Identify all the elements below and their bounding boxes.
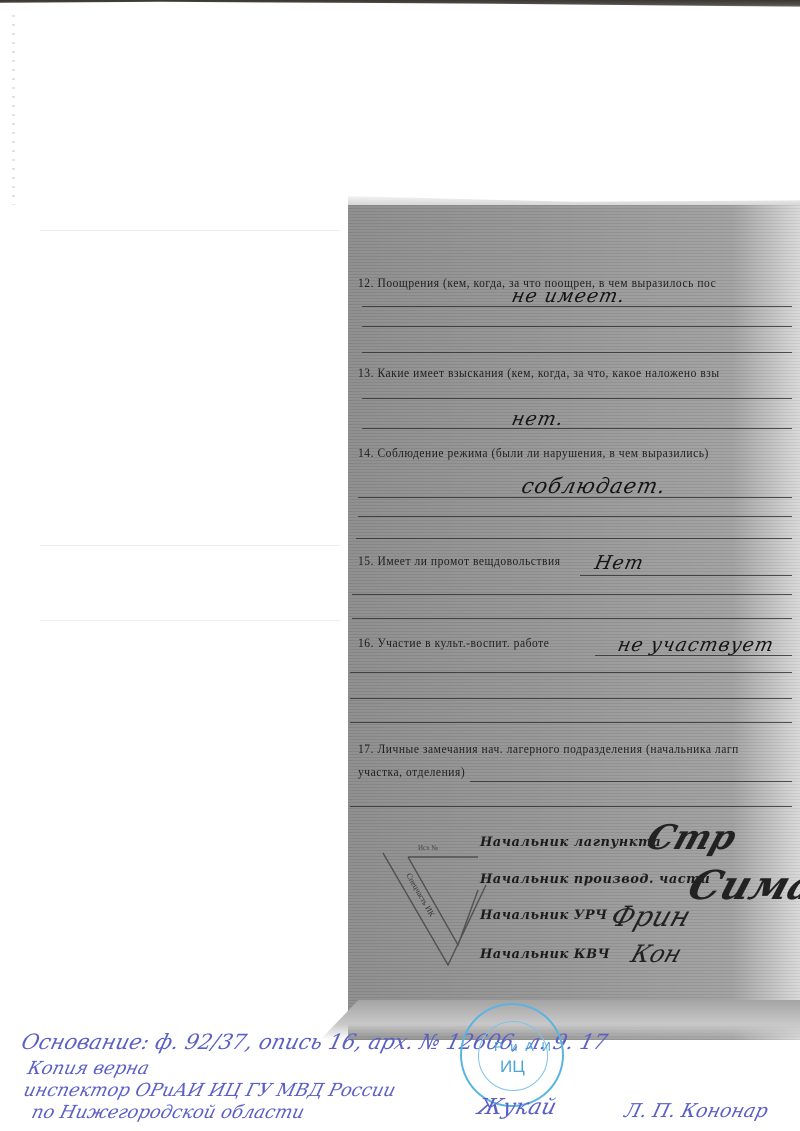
signature-production-chief: Симак bbox=[682, 862, 800, 909]
signature-role-production-chief: Начальник производ. части bbox=[480, 872, 710, 887]
form-item-16-answer: не участвует bbox=[616, 634, 777, 656]
form-item-13-answer: нет. bbox=[510, 408, 567, 430]
certification-inspector-title: инспектор ОРиАИ ИЦ ГУ МВД России bbox=[21, 1080, 398, 1101]
form-rule bbox=[362, 352, 792, 353]
form-rule bbox=[362, 398, 792, 399]
form-rule bbox=[362, 428, 792, 429]
inspector-name: Л. П. Кононар bbox=[622, 1100, 770, 1122]
form-item-12-answer: не имеет. bbox=[510, 285, 628, 307]
scan-top-edge bbox=[0, 0, 800, 9]
scan-left-specks bbox=[12, 15, 15, 205]
form-rule bbox=[352, 594, 792, 595]
form-item-14-answer: соблюдает. bbox=[519, 474, 668, 498]
signature-role-urch-chief: Начальник УРЧ bbox=[480, 908, 607, 923]
form-item-16-label: 16. Участие в культ.-воспит. работе bbox=[358, 636, 549, 651]
form-rule bbox=[362, 326, 792, 327]
form-rule bbox=[350, 722, 792, 723]
form-item-15-label: 15. Имеет ли промот вещдовольствия bbox=[358, 554, 561, 569]
round-stamp-top-text: Р и А И bbox=[494, 1039, 553, 1054]
round-stamp-inner-ring bbox=[478, 1021, 548, 1091]
ghost-line bbox=[40, 620, 340, 621]
ghost-line bbox=[40, 230, 340, 231]
triangle-stamp-top-text: Исх № bbox=[418, 844, 438, 852]
form-item-17-label-cont: участка, отделения) bbox=[358, 765, 465, 780]
signature-camp-chief: Стр bbox=[642, 818, 742, 858]
form-rule bbox=[350, 672, 792, 673]
form-item-15-answer: Нет bbox=[593, 552, 647, 574]
form-item-13-label: 13. Какие имеет взыскания (кем, когда, з… bbox=[358, 366, 720, 381]
inspector-signature: Жукай bbox=[475, 1095, 559, 1120]
form-rule bbox=[470, 781, 792, 782]
certification-copy-true: Копия верна bbox=[25, 1058, 151, 1079]
round-stamp: Р и А И ИЦ bbox=[460, 1003, 564, 1107]
form-rule bbox=[358, 516, 792, 517]
triangle-stamp: Исх № Спецчасть ИК bbox=[378, 835, 488, 970]
ghost-line bbox=[40, 545, 340, 546]
signature-role-kvch-chief: Начальник КВЧ bbox=[480, 947, 610, 962]
round-stamp-center-text: ИЦ bbox=[500, 1057, 525, 1077]
signature-kvch-chief: Кон bbox=[627, 940, 685, 968]
certification-region: по Нижегородской области bbox=[29, 1102, 306, 1123]
form-rule bbox=[580, 575, 792, 576]
form-rule bbox=[358, 497, 792, 498]
form-rule bbox=[350, 806, 792, 807]
form-item-17-label: 17. Личные замечания нач. лагерного подр… bbox=[358, 742, 739, 757]
form-rule bbox=[350, 698, 792, 699]
signature-urch-chief: Фрин bbox=[607, 900, 695, 933]
signature-role-camp-chief: Начальник лагпункта bbox=[480, 835, 661, 850]
form-rule bbox=[352, 618, 792, 619]
form-item-14-label: 14. Соблюдение режима (были ли нарушения… bbox=[358, 446, 709, 461]
form-rule bbox=[356, 538, 792, 539]
